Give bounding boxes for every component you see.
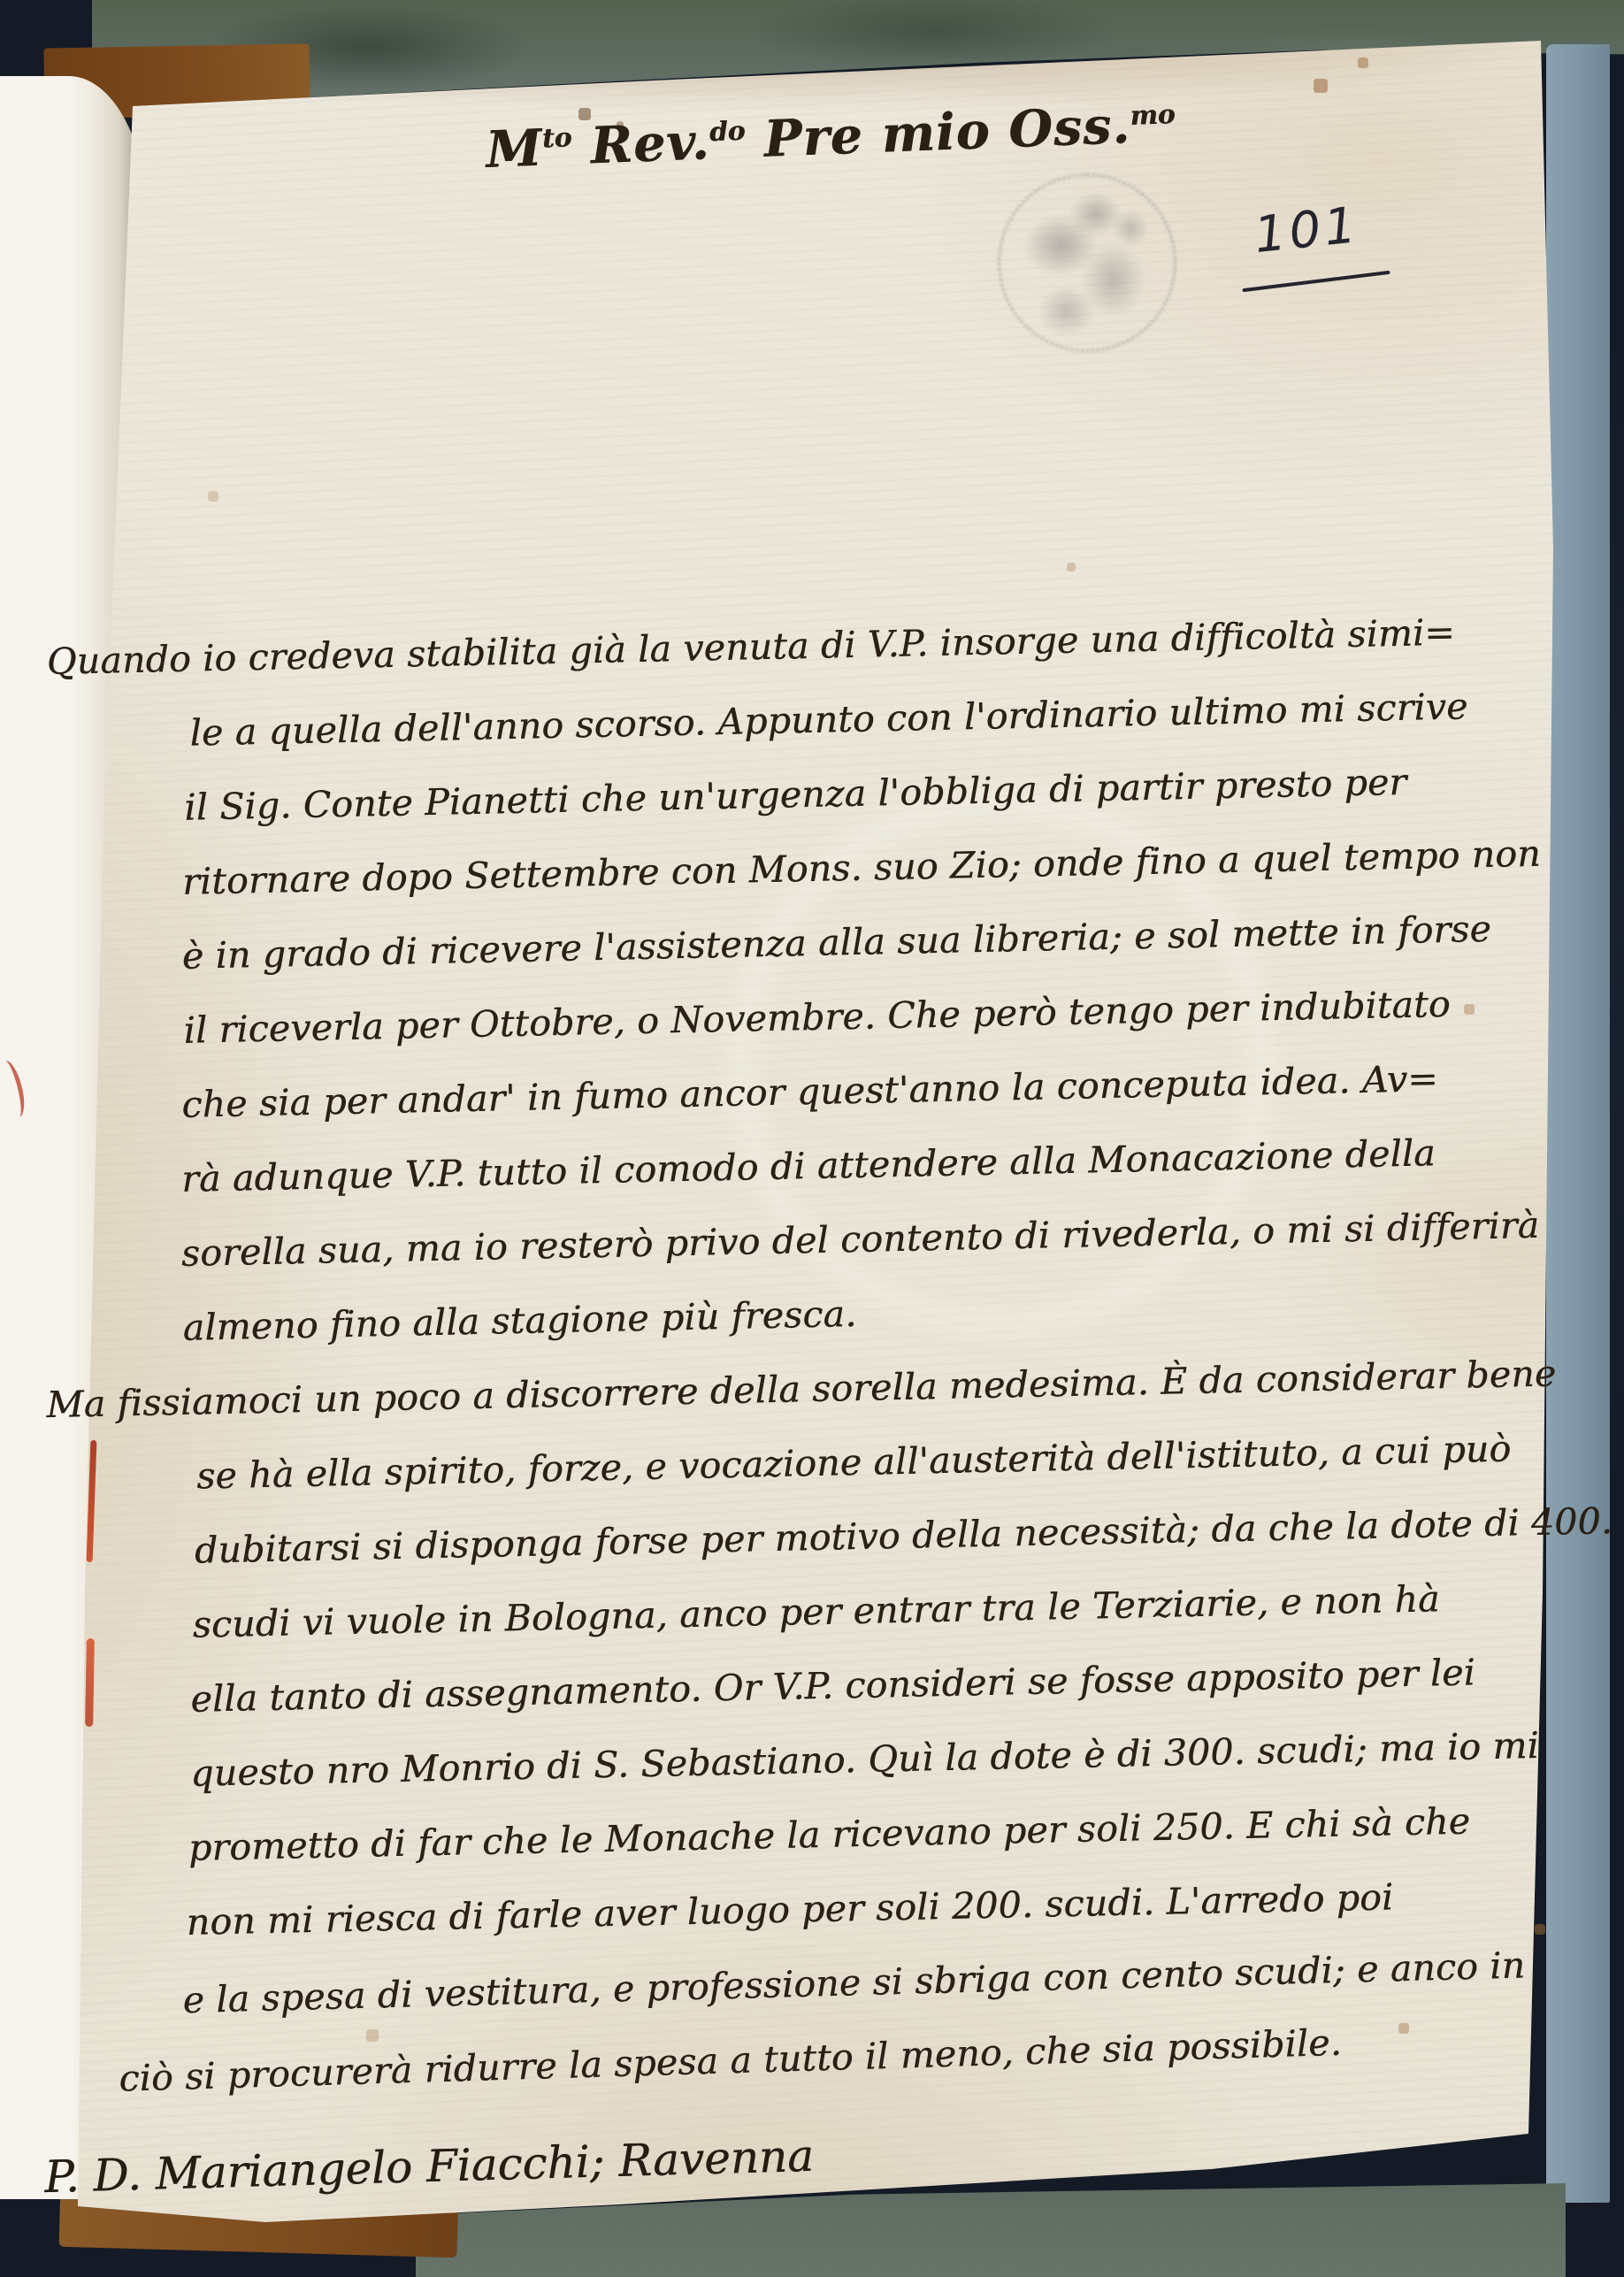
folio-number: 101 xyxy=(1252,196,1362,264)
faded-round-ink-stamp-icon xyxy=(998,173,1176,352)
salutation-segment: Mto xyxy=(485,117,573,180)
superscript: to xyxy=(541,121,572,153)
letter-body: Quando io credeva stabilita già la venut… xyxy=(46,594,1572,2111)
text-run: Rev. xyxy=(571,111,710,176)
manuscript-photo: Mto Rev.do Pre mio Oss.mo 101 Quando io … xyxy=(0,0,1624,2277)
salutation-segment: Rev.do xyxy=(571,111,747,176)
superscript: do xyxy=(709,115,746,148)
deckle-foxing-spots xyxy=(0,0,2,2)
text-run: M xyxy=(485,119,544,180)
red-marginal-mark xyxy=(85,1638,95,1727)
superscript: mo xyxy=(1130,98,1176,131)
